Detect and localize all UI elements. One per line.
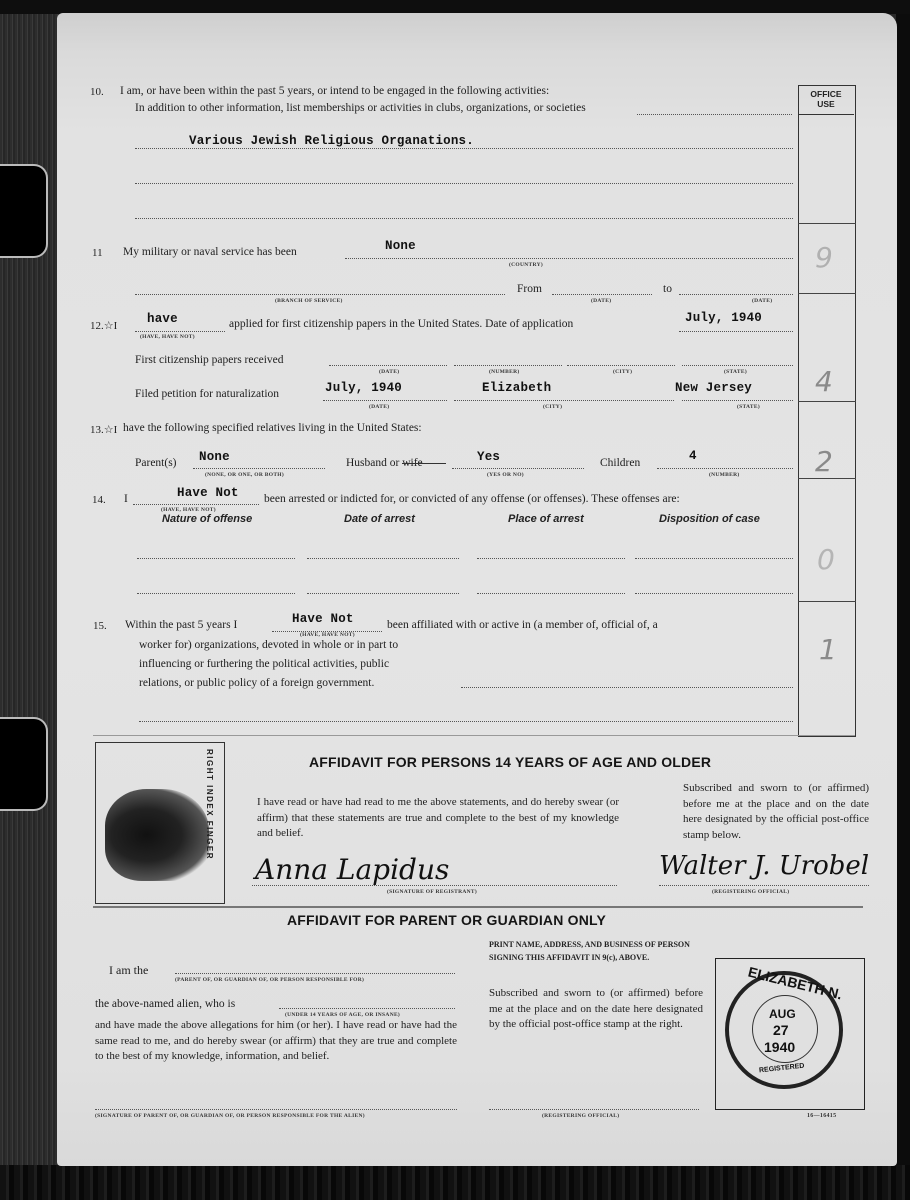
office-divider <box>798 401 856 402</box>
petition-state-field[interactable]: New Jersey <box>675 381 752 395</box>
children-label: Children <box>600 457 640 469</box>
offense-field[interactable] <box>137 558 295 559</box>
form-number: 16—16415 <box>807 1113 836 1119</box>
q15-line3: influencing or furthering the political … <box>139 658 389 670</box>
caption: (DATE) <box>591 298 611 304</box>
official-signature[interactable]: Walter J. Urobel <box>659 851 869 881</box>
office-divider <box>798 478 856 479</box>
parents-label: Parent(s) <box>135 457 177 469</box>
named-alien-label: the above-named alien, who is <box>95 998 235 1010</box>
caption: (HAVE, HAVE NOT) <box>140 334 195 340</box>
office-use-header: OFFICE USE <box>798 85 854 115</box>
q12-application-date-field[interactable]: July, 1940 <box>685 311 762 325</box>
field-line <box>323 400 447 401</box>
office-divider <box>798 293 856 294</box>
q14-prefix: I <box>124 493 128 505</box>
q15-field[interactable] <box>461 687 793 688</box>
field-line <box>135 331 225 332</box>
divider <box>93 735 855 736</box>
field-line <box>345 258 793 259</box>
q15-prefix: Within the past 5 years I <box>125 619 237 631</box>
film-sprocket-hole <box>0 164 48 258</box>
q12-number: 12.☆I <box>90 319 117 332</box>
office-mark: 4 <box>815 365 833 398</box>
q11-from-date-field[interactable] <box>552 294 652 295</box>
field-line <box>657 468 793 469</box>
q12-papers-label: First citizenship papers received <box>135 354 284 366</box>
fingerprint-label: RIGHT INDEX FINGER <box>205 749 214 860</box>
q15-field[interactable] <box>139 721 793 722</box>
q15-number: 15. <box>93 620 107 632</box>
affidavit-14-statement: I have read or have had read to me the a… <box>257 795 619 842</box>
caption: (STATE) <box>724 369 747 375</box>
col-disposition: Disposition of case <box>659 513 760 525</box>
caption: (CITY) <box>613 369 632 375</box>
fingerprint-impression <box>105 789 209 881</box>
offense-field[interactable] <box>635 558 793 559</box>
q11-to-date-field[interactable] <box>679 294 793 295</box>
papers-number-field[interactable] <box>454 365 562 366</box>
q15-line4: relations, or public policy of a foreign… <box>139 677 374 689</box>
affidavit-parent-body: and have made the above allegations for … <box>95 1018 457 1065</box>
caption: (DATE) <box>369 404 389 410</box>
registering-official-field[interactable] <box>489 1109 699 1110</box>
children-field[interactable]: 4 <box>689 449 697 463</box>
field-line <box>252 885 617 886</box>
film-top-edge <box>0 0 910 14</box>
q10-activities-field[interactable]: Various Jewish Religious Organations. <box>189 134 474 148</box>
office-divider <box>798 601 856 602</box>
q13-text: have the following specified relatives l… <box>123 422 422 434</box>
from-label: From <box>517 283 542 295</box>
film-sprocket-hole <box>0 717 48 811</box>
office-mark: 9 <box>815 241 833 274</box>
registration-form-page: OFFICE USE 9 4 2 0 1 10. I am, or have b… <box>57 13 897 1166</box>
petition-city-field[interactable]: Elizabeth <box>482 381 551 395</box>
print-name-instruction: PRINT NAME, ADDRESS, AND BUSINESS OF PER… <box>489 938 703 964</box>
office-mark: 1 <box>819 633 837 666</box>
offense-field[interactable] <box>477 593 625 594</box>
affidavit-parent-sworn: Subscribed and sworn to (or affirmed) be… <box>489 986 703 1033</box>
offense-field[interactable] <box>307 558 459 559</box>
caption: (SIGNATURE OF REGISTRANT) <box>387 889 477 895</box>
field-line <box>193 468 325 469</box>
caption: (REGISTERING OFFICIAL) <box>542 1113 619 1119</box>
q15-line1: been affiliated with or active in (a mem… <box>387 619 658 631</box>
col-place-of-arrest: Place of arrest <box>508 513 584 525</box>
caption: (NUMBER) <box>489 369 520 375</box>
caption: (NUMBER) <box>709 472 740 478</box>
q12-text: applied for first citizenship papers in … <box>229 318 573 330</box>
papers-date-field[interactable] <box>329 365 447 366</box>
film-right-edge <box>896 0 910 1200</box>
col-date-of-arrest: Date of arrest <box>344 513 415 525</box>
parent-relation-field[interactable] <box>175 973 455 974</box>
caption: (STATE) <box>737 404 760 410</box>
q15-line2: worker for) organizations, devoted in wh… <box>139 639 398 651</box>
alien-age-field[interactable] <box>279 1008 455 1009</box>
field-line <box>133 504 259 505</box>
divider <box>93 906 863 908</box>
to-label: to <box>663 283 672 295</box>
postmark-month: AUG <box>769 1007 796 1021</box>
postmark-day: 27 <box>773 1022 789 1038</box>
field-line <box>135 148 793 149</box>
parents-field[interactable]: None <box>199 450 230 464</box>
caption: (CITY) <box>543 404 562 410</box>
caption: (HAVE, HAVE NOT) <box>300 632 355 638</box>
affidavit-parent-title: AFFIDAVIT FOR PARENT OR GUARDIAN ONLY <box>287 912 606 928</box>
caption: (SIGNATURE OF PARENT OF, OR GUARDIAN OF,… <box>95 1113 365 1119</box>
caption: (NONE, OR ONE, OR BOTH) <box>205 472 284 478</box>
affidavit-14-sworn: Subscribed and sworn to (or affirmed) be… <box>683 781 869 843</box>
parent-signature-field[interactable] <box>95 1109 457 1110</box>
q11-text: My military or naval service has been <box>123 246 297 258</box>
office-mark: 2 <box>815 445 833 478</box>
postmark-year: 1940 <box>764 1039 795 1055</box>
q15-affiliated-field[interactable]: Have Not <box>292 612 354 626</box>
field-line <box>135 218 793 219</box>
field-line <box>454 400 674 401</box>
q10-subtext: In addition to other information, list m… <box>135 102 586 114</box>
caption: (DATE) <box>752 298 772 304</box>
offense-field[interactable] <box>137 593 295 594</box>
offense-field[interactable] <box>307 593 459 594</box>
caption: (PARENT OF, OR GUARDIAN OF, OR PERSON RE… <box>175 977 364 983</box>
field-line <box>452 468 584 469</box>
q14-arrested-field[interactable]: Have Not <box>177 486 239 500</box>
q11-number: 11 <box>92 247 103 259</box>
registrant-signature[interactable]: Anna Lapidus <box>255 853 449 886</box>
offense-field[interactable] <box>477 558 625 559</box>
film-bottom-edge <box>0 1165 910 1200</box>
q10-text: I am, or have been within the past 5 yea… <box>120 85 549 97</box>
caption: (COUNTRY) <box>509 262 543 268</box>
caption: (YES OR NO) <box>487 472 524 478</box>
q14-number: 14. <box>92 494 106 506</box>
field-line <box>659 885 869 886</box>
caption: (REGISTERING OFFICIAL) <box>712 889 789 895</box>
affidavit-14-title: AFFIDAVIT FOR PERSONS 14 YEARS OF AGE AN… <box>309 754 711 770</box>
q11-branch-field[interactable] <box>135 294 505 295</box>
field-line <box>637 114 792 115</box>
spouse-field[interactable]: Yes <box>477 450 500 464</box>
office-mark: 0 <box>817 543 835 576</box>
col-nature-of-offense: Nature of offense <box>162 513 252 525</box>
field-line <box>135 183 793 184</box>
office-divider <box>798 223 856 224</box>
caption: (BRANCH OF SERVICE) <box>275 298 343 304</box>
q12-petition-label: Filed petition for naturalization <box>135 388 279 400</box>
q12-have-field[interactable]: have <box>147 312 178 326</box>
field-line <box>679 331 793 332</box>
q13-number: 13.☆I <box>90 423 117 436</box>
field-line <box>682 400 793 401</box>
papers-city-field[interactable] <box>567 365 675 366</box>
q10-number: 10. <box>90 86 104 98</box>
i-am-the-label: I am the <box>109 963 148 978</box>
strike-through <box>402 463 446 464</box>
papers-state-field[interactable] <box>682 365 793 366</box>
offense-field[interactable] <box>635 593 793 594</box>
q11-country-field[interactable]: None <box>385 239 416 253</box>
caption: (DATE) <box>379 369 399 375</box>
q14-text: been arrested or indicted for, or convic… <box>264 493 680 505</box>
petition-date-field[interactable]: July, 1940 <box>325 381 402 395</box>
